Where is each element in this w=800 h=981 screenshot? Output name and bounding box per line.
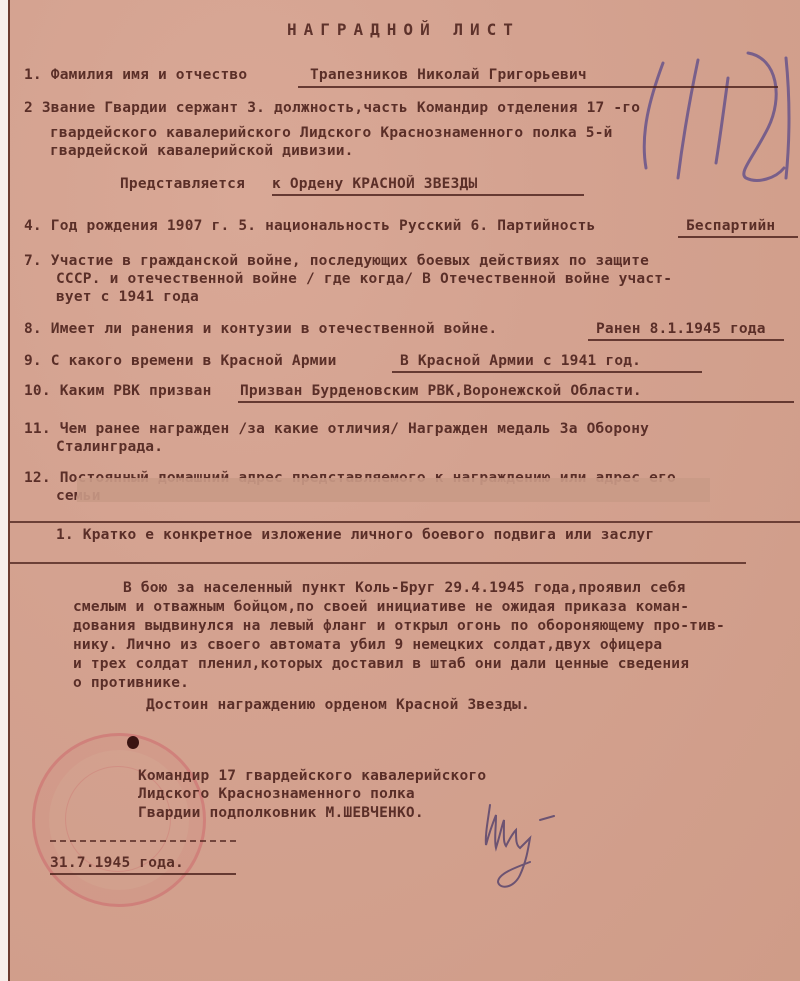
punch-hole bbox=[127, 736, 139, 749]
field-draft-office-value: Призван Бурденовским РВК,Воронежской Обл… bbox=[240, 383, 642, 399]
presented-award: к Ордену КРАСНОЙ ЗВЕЗДЫ bbox=[272, 176, 477, 192]
document-title: НАГРАДНОЙ ЛИСТ bbox=[287, 20, 520, 39]
underline bbox=[50, 873, 236, 875]
narrative-line: смелым и отважным бойцом,по своей инициа… bbox=[73, 599, 689, 615]
field-party-value: Беспартийн bbox=[686, 218, 775, 234]
field-participation-2: СССР. и отечественной войне / где когда/… bbox=[56, 271, 672, 287]
field-prior-awards-1: 11. Чем ранее награжден /за какие отличи… bbox=[24, 421, 649, 437]
underline bbox=[678, 236, 798, 238]
field-rank-position: 2 Звание Гвардии сержант 3. должность,ча… bbox=[24, 100, 640, 116]
field-unit-line-2: гвардейского кавалерийского Лидского Кра… bbox=[50, 125, 613, 141]
handwritten-signature bbox=[470, 790, 600, 900]
field-birth-nationality-party: 4. Год рождения 1907 г. 5. национальност… bbox=[24, 218, 596, 234]
section-divider bbox=[10, 562, 746, 564]
narrative-line: дования выдвинулся на левый фланг и откр… bbox=[73, 618, 725, 634]
field-draft-office-label: 10. Каким РВК призван bbox=[24, 383, 212, 399]
handwritten-number-1112 bbox=[628, 38, 798, 198]
underline bbox=[238, 401, 794, 403]
field-prior-awards-2: Сталинграда. bbox=[56, 439, 163, 455]
award-sheet: НАГРАДНОЙ ЛИСТ 1. Фамилия имя и отчество… bbox=[8, 0, 800, 981]
field-wounds-label: 8. Имеет ли ранения и контузии в отечест… bbox=[24, 321, 497, 337]
signature-line: Командир 17 гвардейского кавалерийского bbox=[138, 768, 486, 784]
narrative-line: о противнике. bbox=[73, 675, 189, 691]
field-name-label: 1. Фамилия имя и отчество bbox=[24, 67, 247, 83]
narrative-line: В бою за населенный пункт Коль-Бруг 29.4… bbox=[123, 580, 686, 596]
date-dashes bbox=[50, 840, 236, 842]
underline bbox=[392, 371, 702, 373]
field-wounds-value: Ранен 8.1.1945 года bbox=[596, 321, 766, 337]
section-heading: 1. Кратко е конкретное изложение личного… bbox=[56, 527, 654, 543]
document-date: 31.7.1945 года. bbox=[50, 855, 184, 871]
field-participation-3: вует с 1941 года bbox=[56, 289, 199, 305]
field-service-since-value: В Красной Армии с 1941 год. bbox=[400, 353, 641, 369]
field-unit-line-3: гвардейской кавалерийской дивизии. bbox=[50, 143, 354, 159]
section-divider bbox=[10, 521, 800, 523]
underline bbox=[298, 86, 778, 88]
field-participation-1: 7. Участие в гражданской войне, последую… bbox=[24, 253, 649, 269]
presented-label: Представляется bbox=[120, 176, 245, 192]
signature-line: Лидского Краснознаменного полка bbox=[138, 786, 415, 802]
conclusion: Достоин награждению орденом Красной Звез… bbox=[146, 697, 530, 713]
narrative-line: и трех солдат пленил,которых доставил в … bbox=[73, 656, 689, 672]
underline bbox=[272, 194, 584, 196]
narrative-line: нику. Лично из своего автомата убил 9 не… bbox=[73, 637, 662, 653]
field-service-since-label: 9. С какого времени в Красной Армии bbox=[24, 353, 337, 369]
underline bbox=[588, 339, 784, 341]
signature-line: Гвардии подполковник М.ШЕВЧЕНКО. bbox=[138, 805, 424, 821]
field-name-value: Трапезников Николай Григорьевич bbox=[310, 67, 587, 83]
redacted-address bbox=[77, 478, 710, 502]
